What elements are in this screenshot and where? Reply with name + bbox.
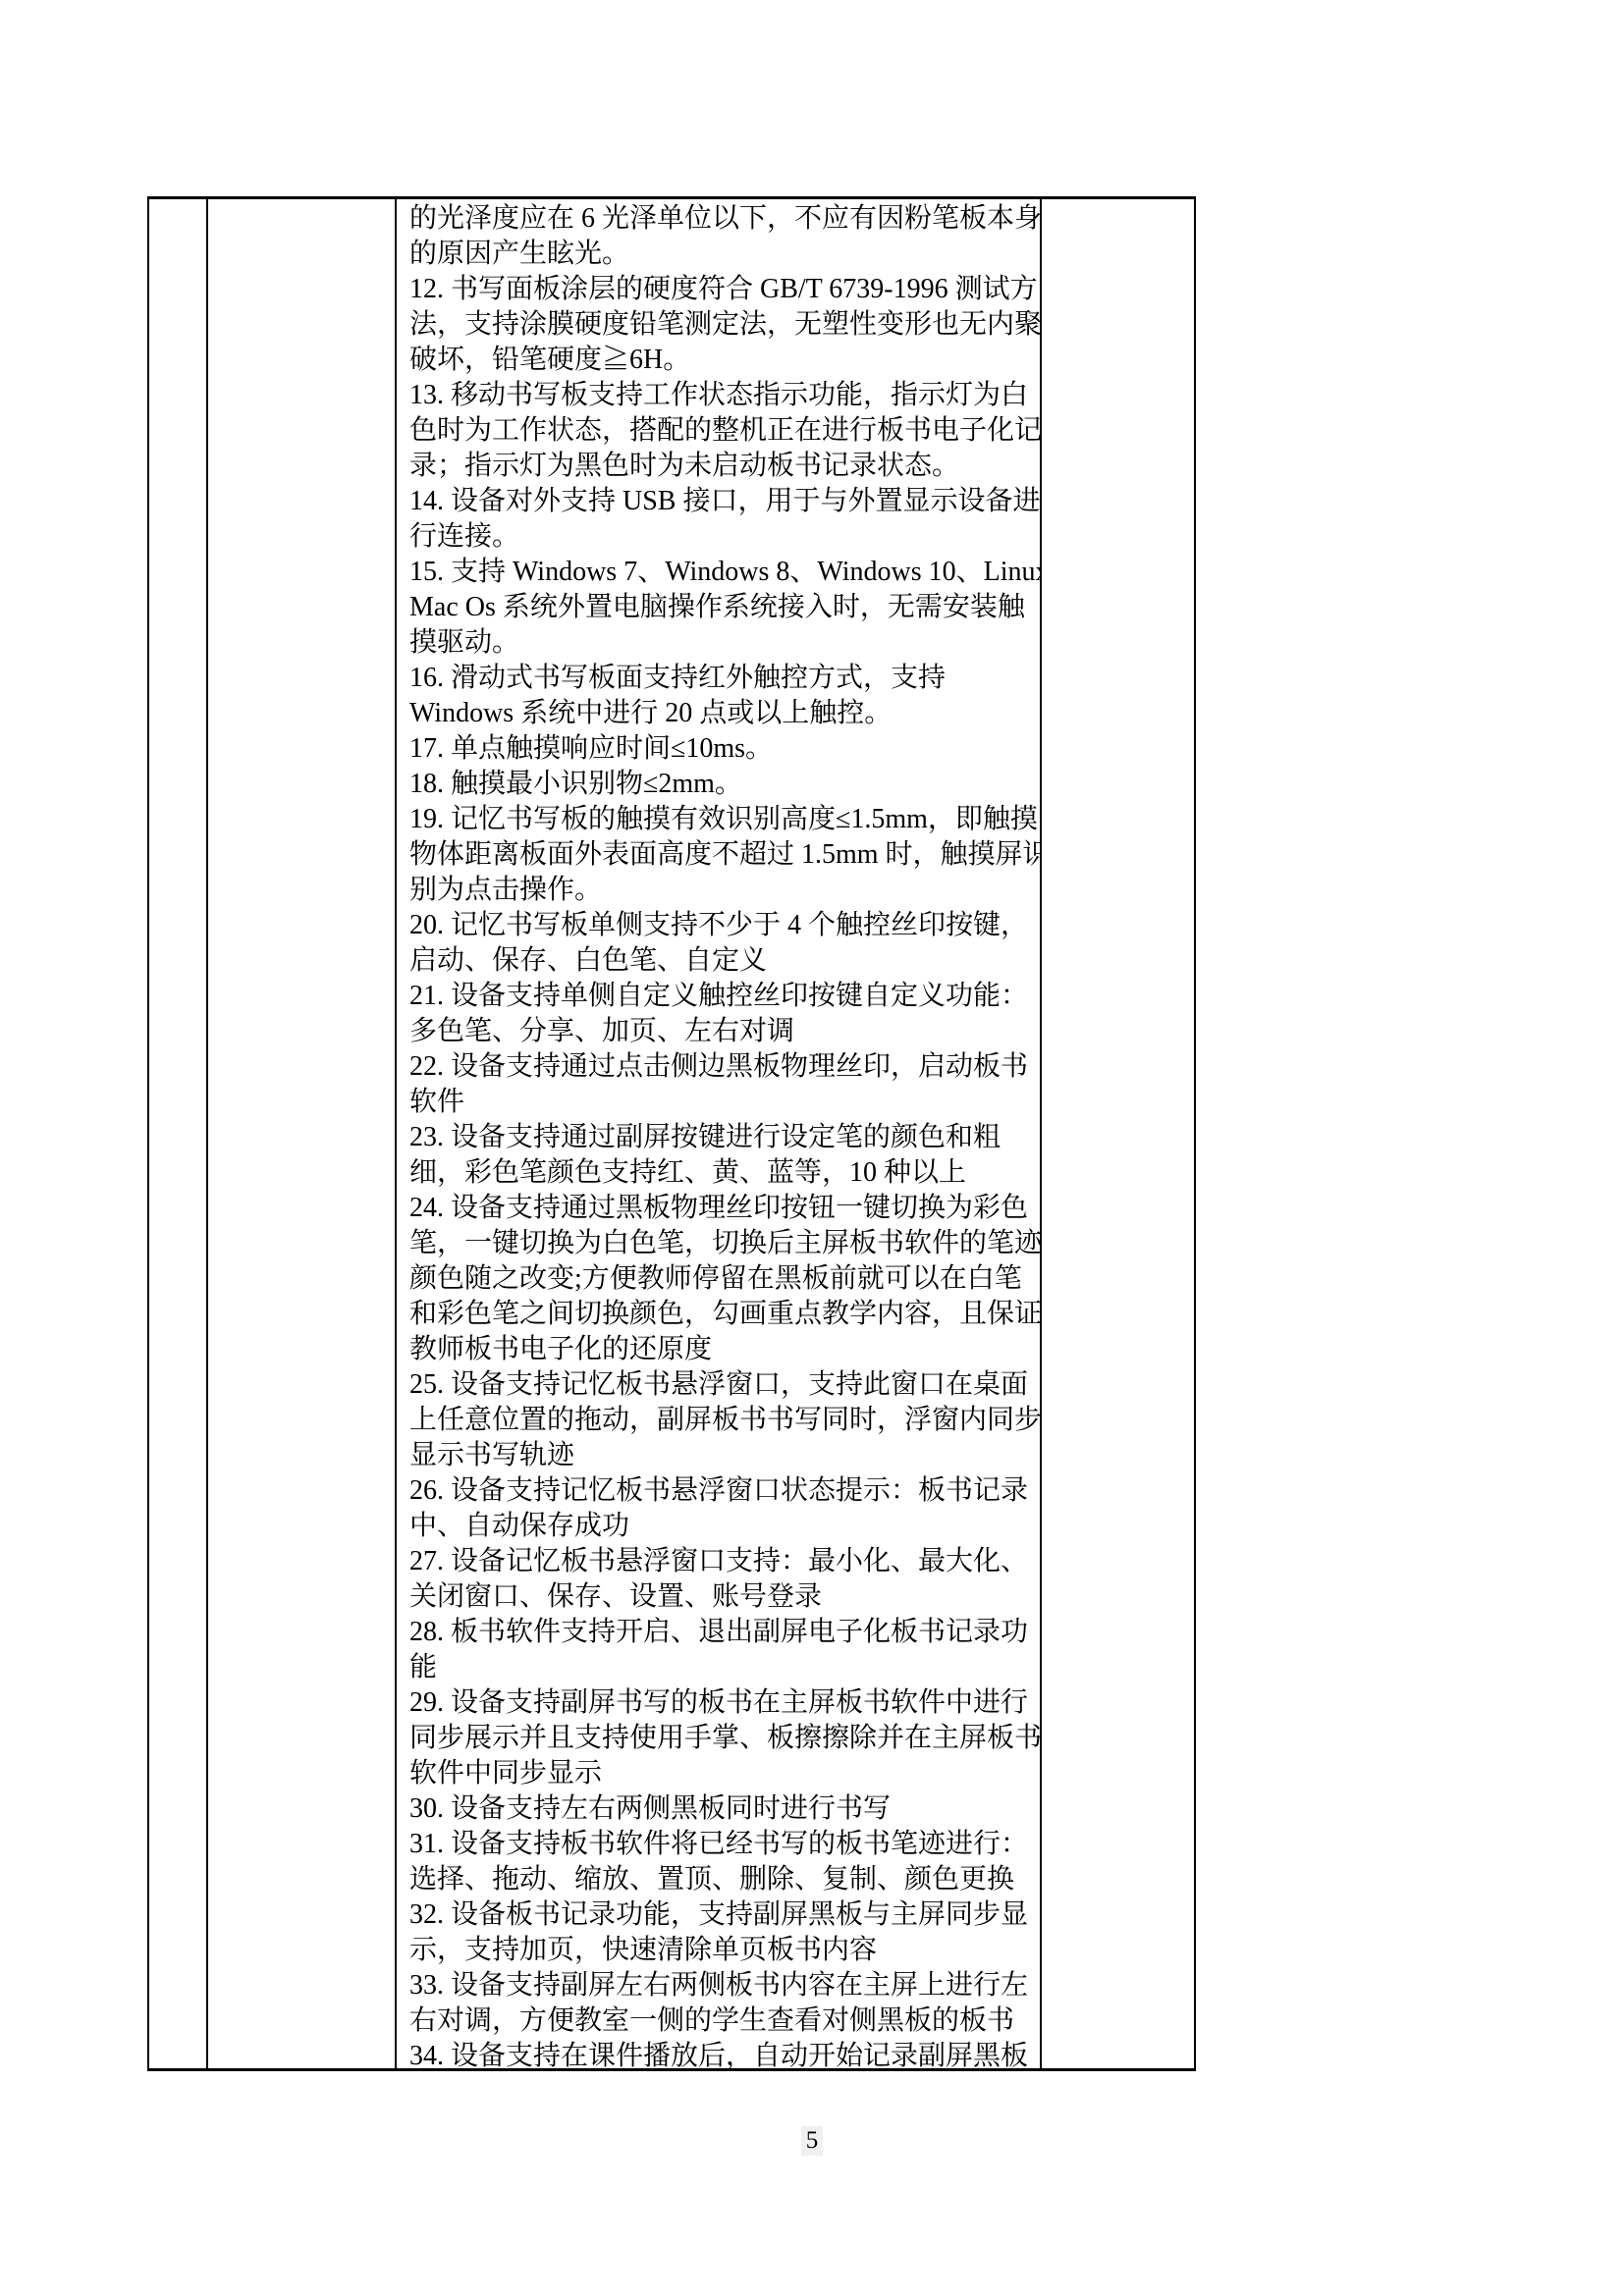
spec-table: 的光泽度应在 6 光泽单位以下，不应有因粉笔板本身的原因产生眩光。12. 书写面… bbox=[147, 196, 1196, 2071]
spec-text-line: 的原因产生眩光。 bbox=[409, 237, 1036, 272]
spec-text-line: 软件中同步显示 bbox=[409, 1756, 1036, 1791]
spec-text-line: 色时为工作状态，搭配的整机正在进行板书电子化记 bbox=[409, 413, 1036, 449]
spec-text-line: 26. 设备支持记忆板书悬浮窗口状态提示：板书记录 bbox=[409, 1473, 1036, 1509]
spec-text-line: 23. 设备支持通过副屏按键进行设定笔的颜色和粗 bbox=[409, 1120, 1036, 1155]
spec-text-line: Windows 系统中进行 20 点或以上触控。 bbox=[409, 696, 1036, 731]
table-column-specifications: 的光泽度应在 6 光泽单位以下，不应有因粉笔板本身的原因产生眩光。12. 书写面… bbox=[395, 199, 1040, 2068]
spec-text-line: 25. 设备支持记忆板书悬浮窗口，支持此窗口在桌面 bbox=[409, 1367, 1036, 1403]
spec-text-line: 软件 bbox=[409, 1085, 1036, 1120]
spec-text-line: 18. 触摸最小识别物≤2mm。 bbox=[409, 767, 1036, 802]
spec-text-line: 录；指示灯为黑色时为未启动板书记录状态。 bbox=[409, 449, 1036, 484]
spec-text-line: 33. 设备支持副屏左右两侧板书内容在主屏上进行左 bbox=[409, 1968, 1036, 2003]
spec-text-line: 选择、拖动、缩放、置顶、删除、复制、颜色更换 bbox=[409, 1862, 1036, 1897]
spec-text-line: 法，支持涂膜硬度铅笔测定法，无塑性变形也无内聚 bbox=[409, 307, 1036, 343]
spec-text-line: 物体距离板面外表面高度不超过 1.5mm 时，触摸屏识 bbox=[409, 837, 1036, 873]
spec-text-line: 17. 单点触摸响应时间≤10ms。 bbox=[409, 731, 1036, 767]
spec-text-line: 教师板书电子化的还原度 bbox=[409, 1332, 1036, 1367]
spec-text-line: 别为点击操作。 bbox=[409, 873, 1036, 908]
spec-text-line: 29. 设备支持副屏书写的板书在主屏板书软件中进行 bbox=[409, 1685, 1036, 1721]
table-column-item-name bbox=[206, 199, 395, 2068]
spec-text-line: 笔，一键切换为白色笔，切换后主屏板书软件的笔迹 bbox=[409, 1226, 1036, 1261]
spec-text-line: 20. 记忆书写板单侧支持不少于 4 个触控丝印按键， bbox=[409, 908, 1036, 943]
spec-text-line: 关闭窗口、保存、设置、账号登录 bbox=[409, 1579, 1036, 1615]
spec-text-line: 12. 书写面板涂层的硬度符合 GB/T 6739-1996 测试方 bbox=[409, 272, 1036, 307]
spec-text-line: 28. 板书软件支持开启、退出副屏电子化板书记录功 bbox=[409, 1615, 1036, 1650]
spec-text-line: 22. 设备支持通过点击侧边黑板物理丝印，启动板书 bbox=[409, 1049, 1036, 1085]
spec-text-line: 34. 设备支持在课件播放后，自动开始记录副屏黑板 bbox=[409, 2039, 1036, 2068]
spec-text-line: 能 bbox=[409, 1650, 1036, 1685]
spec-text-line: 右对调，方便教室一侧的学生查看对侧黑板的板书 bbox=[409, 2003, 1036, 2039]
table-column-remark bbox=[1040, 199, 1196, 2068]
spec-text-line: Mac Os 系统外置电脑操作系统接入时，无需安装触 bbox=[409, 590, 1036, 625]
spec-text-line: 启动、保存、白色笔、自定义 bbox=[409, 943, 1036, 979]
spec-text-line: 24. 设备支持通过黑板物理丝印按钮一键切换为彩色 bbox=[409, 1191, 1036, 1226]
spec-text-line: 的光泽度应在 6 光泽单位以下，不应有因粉笔板本身 bbox=[409, 201, 1036, 237]
spec-text-line: 14. 设备对外支持 USB 接口，用于与外置显示设备进 bbox=[409, 484, 1036, 519]
page-footer: 5 bbox=[0, 2126, 1624, 2156]
spec-text-line: 摸驱动。 bbox=[409, 625, 1036, 661]
spec-text-line: 示，支持加页，快速清除单页板书内容 bbox=[409, 1933, 1036, 1968]
spec-text-line: 30. 设备支持左右两侧黑板同时进行书写 bbox=[409, 1791, 1036, 1827]
spec-text-line: 16. 滑动式书写板面支持红外触控方式，支持 bbox=[409, 661, 1036, 696]
table-column-index bbox=[147, 199, 206, 2068]
spec-text-line: 显示书写轨迹 bbox=[409, 1438, 1036, 1473]
spec-text-line: 31. 设备支持板书软件将已经书写的板书笔迹进行： bbox=[409, 1827, 1036, 1862]
spec-text-line: 破坏，铅笔硬度≧6H。 bbox=[409, 343, 1036, 378]
spec-text-line: 21. 设备支持单侧自定义触控丝印按键自定义功能： bbox=[409, 979, 1036, 1014]
spec-text-line: 和彩色笔之间切换颜色，勾画重点教学内容，且保证 bbox=[409, 1297, 1036, 1332]
spec-text-line: 同步展示并且支持使用手掌、板擦擦除并在主屏板书 bbox=[409, 1721, 1036, 1756]
spec-text-line: 13. 移动书写板支持工作状态指示功能，指示灯为白 bbox=[409, 378, 1036, 413]
spec-text-line: 颜色随之改变;方便教师停留在黑板前就可以在白笔 bbox=[409, 1261, 1036, 1297]
spec-text-line: 细，彩色笔颜色支持红、黄、蓝等，10 种以上 bbox=[409, 1155, 1036, 1191]
spec-text-line: 32. 设备板书记录功能，支持副屏黑板与主屏同步显 bbox=[409, 1897, 1036, 1933]
page-number: 5 bbox=[801, 2126, 824, 2156]
spec-text-line: 上任意位置的拖动，副屏板书书写同时，浮窗内同步 bbox=[409, 1403, 1036, 1438]
spec-text-line: 行连接。 bbox=[409, 519, 1036, 555]
spec-text-line: 19. 记忆书写板的触摸有效识别高度≤1.5mm，即触摸 bbox=[409, 802, 1036, 837]
spec-text-line: 中、自动保存成功 bbox=[409, 1509, 1036, 1544]
spec-text-line: 多色笔、分享、加页、左右对调 bbox=[409, 1014, 1036, 1049]
document-page: 的光泽度应在 6 光泽单位以下，不应有因粉笔板本身的原因产生眩光。12. 书写面… bbox=[0, 0, 1624, 2296]
spec-text-line: 15. 支持 Windows 7、Windows 8、Windows 10、Li… bbox=[409, 555, 1036, 590]
spec-text-line: 27. 设备记忆板书悬浮窗口支持：最小化、最大化、 bbox=[409, 1544, 1036, 1579]
